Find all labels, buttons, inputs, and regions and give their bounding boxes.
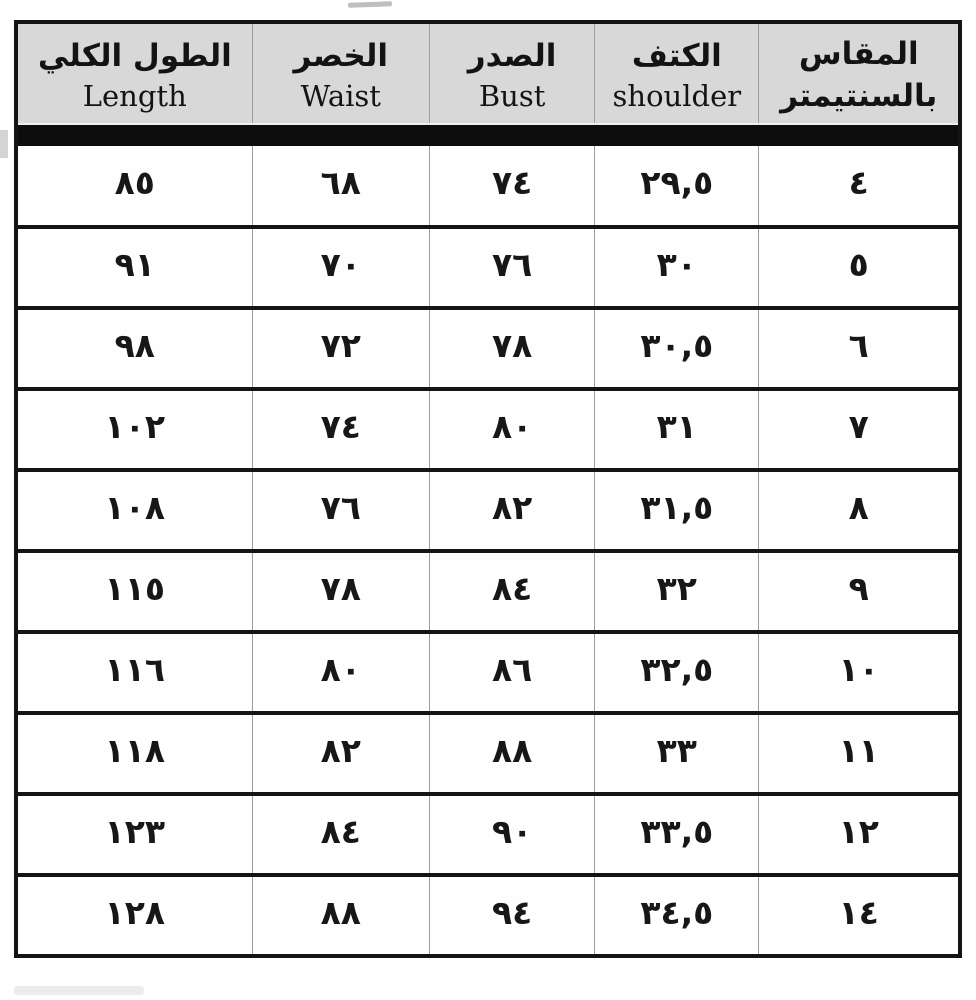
table-row: ١٠ ٣٢,٥ ٨٦ ٨٠ ١١٦ [16,632,960,713]
header-size-line1: المقاس [759,34,958,76]
header-length-arabic: الطول الكلي [18,36,252,78]
table-row: ١١ ٣٣ ٨٨ ٨٢ ١١٨ [16,713,960,794]
cell-size: ١٠ [759,632,960,713]
cell-bust: ٨٦ [430,632,595,713]
scan-artifact-bottom [14,986,144,995]
cell-waist: ٨٨ [252,875,429,956]
cell-size: ٥ [759,227,960,308]
divider-bar-fill [16,124,960,146]
table-row: ٤ ٢٩,٥ ٧٤ ٦٨ ٨٥ [16,146,960,227]
cell-bust: ٧٨ [430,308,595,389]
divider-bar [16,124,960,146]
header-waist-english: Waist [253,78,429,116]
cell-waist: ٧٠ [252,227,429,308]
cell-size: ١١ [759,713,960,794]
table-row: ٦ ٣٠,٥ ٧٨ ٧٢ ٩٨ [16,308,960,389]
size-chart-table: المقاس بالسنتيمتر الكتف shoulder الصدر B… [14,20,962,958]
cell-bust: ٩٠ [430,794,595,875]
cell-length: ١٠٨ [16,470,252,551]
scan-artifact-top [348,1,392,8]
cell-shoulder: ٣١,٥ [595,470,759,551]
header-bust-column: الصدر Bust [430,22,595,124]
header-waist-column: الخصر Waist [252,22,429,124]
cell-shoulder: ٣٣ [595,713,759,794]
cell-waist: ٨٠ [252,632,429,713]
cell-waist: ٦٨ [252,146,429,227]
cell-shoulder: ٣٠ [595,227,759,308]
cell-length: ١٠٢ [16,389,252,470]
cell-bust: ٩٤ [430,875,595,956]
scan-artifact-left [0,130,8,158]
cell-size: ١٤ [759,875,960,956]
cell-length: ١١٨ [16,713,252,794]
cell-waist: ٨٤ [252,794,429,875]
cell-length: ١٢٣ [16,794,252,875]
cell-shoulder: ٣١ [595,389,759,470]
cell-size: ١٢ [759,794,960,875]
table-row: ٥ ٣٠ ٧٦ ٧٠ ٩١ [16,227,960,308]
header-waist-arabic: الخصر [253,36,429,78]
header-length-english: Length [18,78,252,116]
table-row: ١٤ ٣٤,٥ ٩٤ ٨٨ ١٢٨ [16,875,960,956]
cell-waist: ٧٦ [252,470,429,551]
header-size-line2: بالسنتيمتر [759,76,958,118]
header-shoulder-column: الكتف shoulder [595,22,759,124]
header-row: المقاس بالسنتيمتر الكتف shoulder الصدر B… [16,22,960,124]
cell-waist: ٧٤ [252,389,429,470]
cell-shoulder: ٢٩,٥ [595,146,759,227]
header-size-column: المقاس بالسنتيمتر [759,22,960,124]
cell-size: ٦ [759,308,960,389]
header-bust-english: Bust [430,78,594,116]
cell-bust: ٨٨ [430,713,595,794]
cell-length: ٩٨ [16,308,252,389]
cell-shoulder: ٣٤,٥ [595,875,759,956]
cell-bust: ٨٢ [430,470,595,551]
cell-size: ٤ [759,146,960,227]
cell-bust: ٧٦ [430,227,595,308]
cell-shoulder: ٣٣,٥ [595,794,759,875]
header-bust-arabic: الصدر [430,36,594,78]
cell-length: ٨٥ [16,146,252,227]
header-shoulder-english: shoulder [595,78,758,116]
table-row: ٧ ٣١ ٨٠ ٧٤ ١٠٢ [16,389,960,470]
cell-bust: ٨٠ [430,389,595,470]
header-shoulder-arabic: الكتف [595,36,758,78]
cell-length: ١١٦ [16,632,252,713]
cell-bust: ٨٤ [430,551,595,632]
cell-shoulder: ٣٢,٥ [595,632,759,713]
size-chart-page: المقاس بالسنتيمتر الكتف shoulder الصدر B… [0,0,976,1000]
cell-size: ٨ [759,470,960,551]
table-row: ١٢ ٣٣,٥ ٩٠ ٨٤ ١٢٣ [16,794,960,875]
cell-waist: ٧٢ [252,308,429,389]
cell-length: ١٢٨ [16,875,252,956]
cell-length: ٩١ [16,227,252,308]
cell-shoulder: ٣٢ [595,551,759,632]
cell-size: ٧ [759,389,960,470]
cell-waist: ٧٨ [252,551,429,632]
table-row: ٩ ٣٢ ٨٤ ٧٨ ١١٥ [16,551,960,632]
cell-shoulder: ٣٠,٥ [595,308,759,389]
table-row: ٨ ٣١,٥ ٨٢ ٧٦ ١٠٨ [16,470,960,551]
cell-bust: ٧٤ [430,146,595,227]
cell-waist: ٨٢ [252,713,429,794]
cell-size: ٩ [759,551,960,632]
cell-length: ١١٥ [16,551,252,632]
header-length-column: الطول الكلي Length [16,22,252,124]
